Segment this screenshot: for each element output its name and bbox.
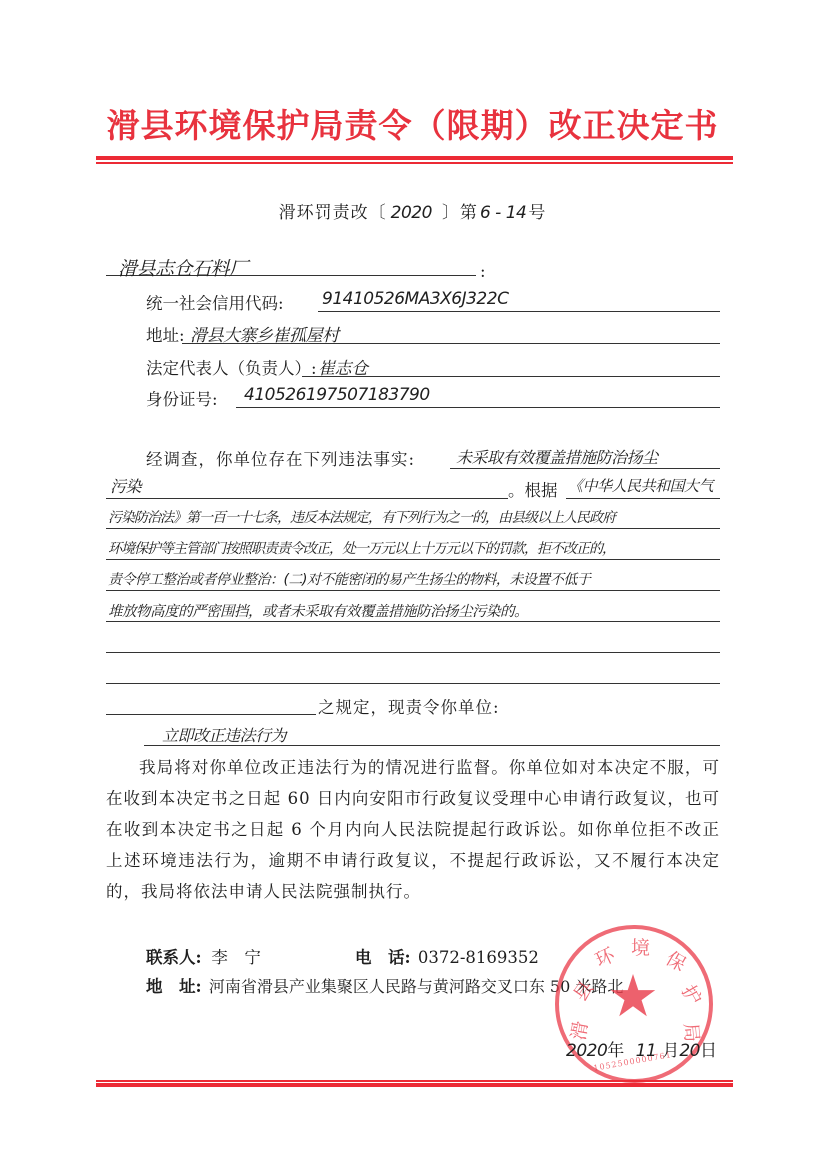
- footer-rule-thick: [96, 1083, 733, 1087]
- basis-text-2: 污染防治法》第一百一十七条，违反本法规定，有下列行为之一的，由县级以上人民政府: [108, 507, 615, 527]
- contact-row: 联系人: 李 宁: [146, 944, 261, 968]
- doc-number-prefix: 滑环罚责改〔: [279, 203, 387, 223]
- basis-text-4: 责令停工整治或者停业整治：(二)对不能密闭的易产生扬尘的物料，未设置不低于: [108, 569, 590, 589]
- id-number-value: 410526197507183790: [244, 385, 430, 405]
- date-year: 2020: [566, 1041, 607, 1061]
- contact-label: 联系人:: [146, 948, 202, 967]
- doc-number-mid: 〕第: [442, 203, 478, 223]
- recipient-name: 滑县志仓石料厂: [118, 254, 248, 281]
- header-rule-thick: [96, 156, 733, 160]
- date-month: 11: [636, 1041, 657, 1061]
- issue-date: 2020年 11月20日: [566, 1036, 717, 1061]
- basis-line-2: [106, 528, 720, 529]
- basis-line-1: [566, 498, 720, 499]
- notice-paragraph: 我局将对你单位改正违法行为的情况进行监督。你单位如对本决定不服，可在收到本决定书…: [106, 752, 720, 907]
- phone-value: 0372-8169352: [418, 948, 539, 967]
- basis-text-5: 堆放物高度的严密围挡，或者未采取有效覆盖措施防治扬尘污染的。: [108, 600, 528, 621]
- phone-label: 电 话:: [355, 948, 411, 967]
- document-number: 滑环罚责改〔2020〕第6 - 14号: [0, 198, 825, 223]
- contact-name: 李 宁: [211, 948, 261, 967]
- header-rule-thin: [96, 162, 733, 164]
- blank-line-2: [106, 683, 720, 684]
- facts-intro: 经调查，你单位存在下列违法事实:: [146, 446, 415, 470]
- document-title: 滑县环境保护局责令（限期）改正决定书: [0, 100, 825, 147]
- basis-text-1: 《中华人民共和国大气: [568, 475, 713, 496]
- seal-char: 护: [676, 980, 709, 1010]
- office-address-label: 地 址:: [146, 977, 202, 996]
- office-address-row: 地 址: 河南省滑县产业集聚区人民路与黄河路交叉口东 50 米路北: [146, 973, 623, 997]
- date-day: 20: [679, 1041, 700, 1061]
- violation-line-2: [106, 498, 508, 499]
- legal-rep-label: 法定代表人（负责人）:: [146, 355, 317, 379]
- seal-star-icon: ★: [607, 967, 659, 1025]
- doc-number-suffix: 号: [528, 203, 546, 223]
- id-number-label: 身份证号:: [146, 386, 218, 410]
- provision-suffix: 之规定，现责令你单位:: [318, 694, 500, 718]
- address-value: 滑县大寨乡崔孤屋村: [190, 321, 339, 346]
- violation-line-1: [450, 468, 720, 469]
- date-month-label: 月: [662, 1041, 679, 1061]
- id-number-line: [236, 407, 720, 408]
- basis-line-4: [106, 590, 720, 591]
- seal-char: 保: [662, 944, 692, 977]
- recipient-colon: :: [480, 262, 486, 281]
- seal-char: 县: [566, 975, 599, 1006]
- date-year-label: 年: [607, 1041, 624, 1061]
- provision-line: [106, 714, 316, 715]
- blank-line-1: [106, 652, 720, 653]
- phone-row: 电 话: 0372-8169352: [355, 944, 539, 968]
- legal-rep-value: 崔志仓: [318, 354, 368, 379]
- date-day-label: 日: [700, 1041, 717, 1061]
- violation-text-1: 未采取有效覆盖措施防治扬尘: [456, 445, 658, 468]
- credit-code-label: 统一社会信用代码:: [146, 290, 284, 314]
- basis-label: 。根据: [508, 477, 558, 501]
- credit-code-line: [318, 311, 720, 312]
- basis-text-3: 环境保护等主管部门按照职责责令改正，处一万元以上十万元以下的罚款，拒不改正的，: [108, 538, 615, 558]
- basis-line-3: [106, 559, 720, 560]
- order-text: 立即改正违法行为: [162, 723, 286, 746]
- footer-rule-thin: [96, 1080, 733, 1082]
- credit-code-value: 91410526MA3X6J322C: [322, 289, 508, 309]
- violation-text-2: 污染: [110, 474, 141, 497]
- address-label: 地址:: [146, 322, 185, 346]
- seal-char: 境: [631, 933, 650, 960]
- doc-number-value: 6 - 14: [478, 203, 528, 223]
- basis-line-5: [106, 621, 720, 622]
- doc-number-year: 2020: [387, 203, 442, 223]
- notice-text: 我局将对你单位改正违法行为的情况进行监督。你单位如对本决定不服，可在收到本决定书…: [106, 758, 720, 901]
